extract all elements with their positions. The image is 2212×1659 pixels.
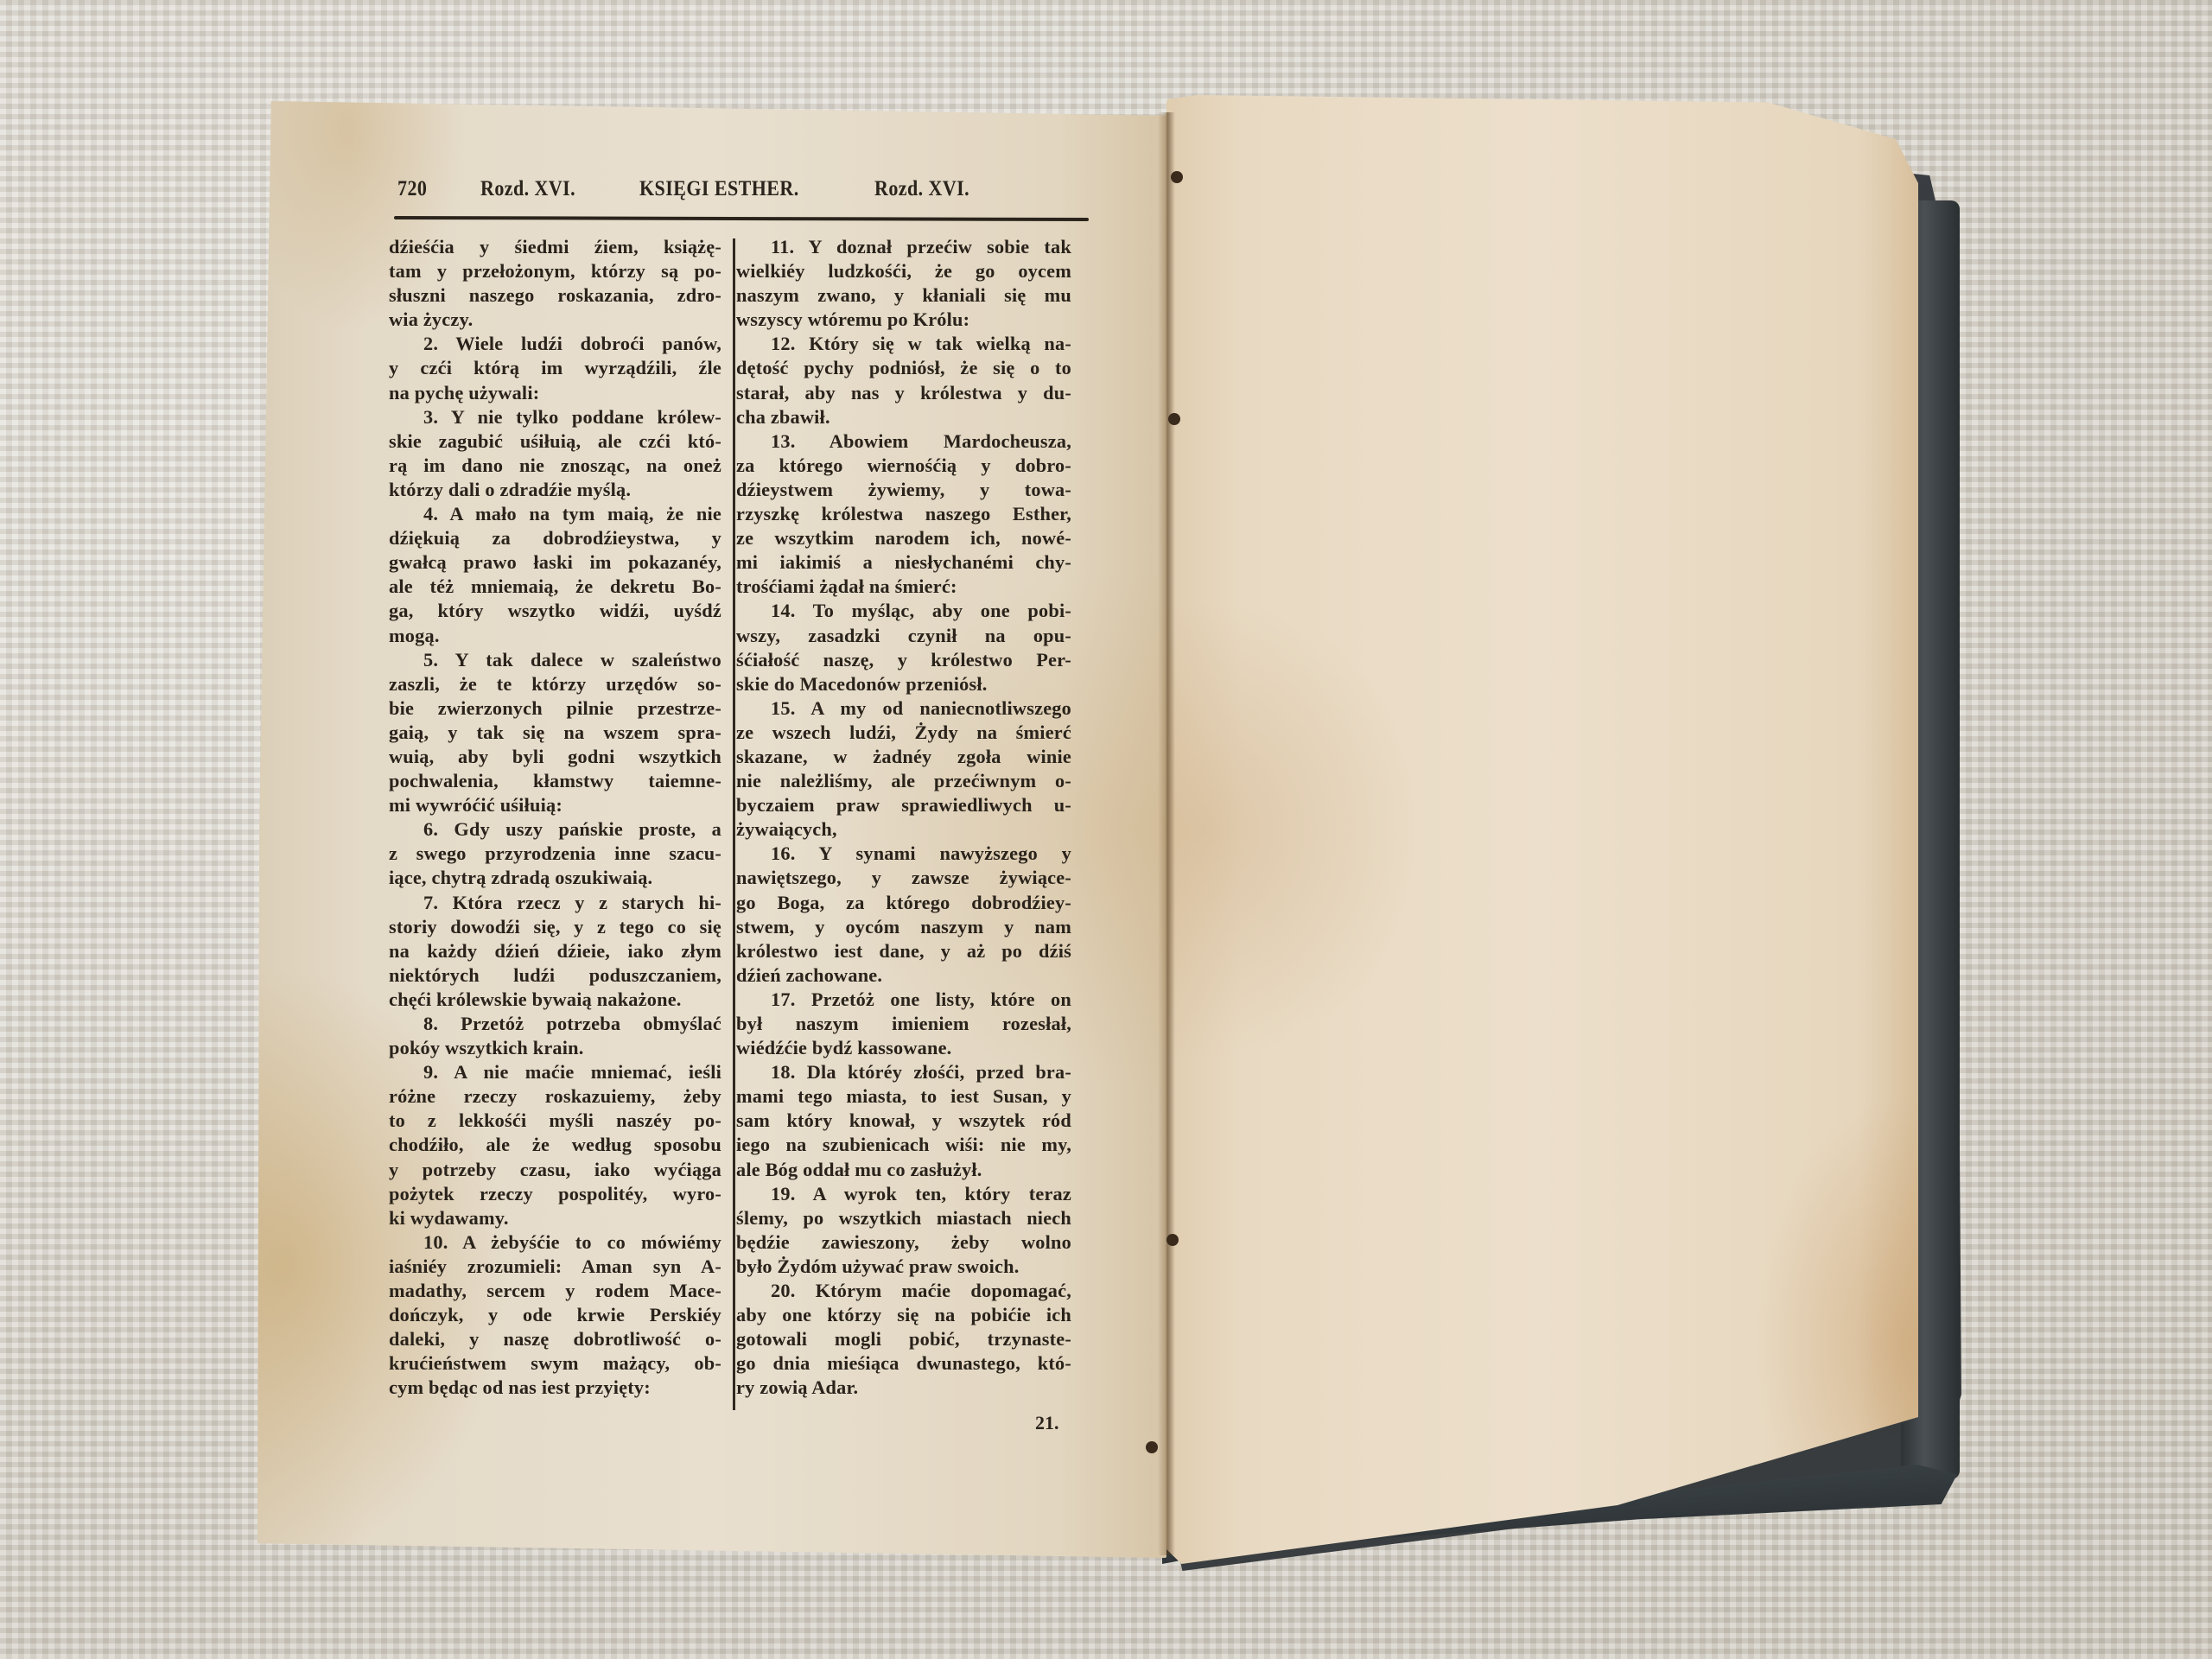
text-line: go Boga, za którego dobrodźiey- bbox=[736, 891, 1071, 915]
text-line: 4. A mało na tym maią, że nie bbox=[389, 502, 721, 526]
text-line: storiy dowodźi się, y z tego co się bbox=[389, 915, 721, 939]
text-line: y potrzeby czasu, iako wyćiąga bbox=[389, 1158, 721, 1182]
text-line: za którego wiernośćią y dobro- bbox=[736, 454, 1071, 478]
text-line: było Żydóm używać praw swoich. bbox=[736, 1255, 1071, 1279]
text-line: zaszli, że te którzy urzędów so- bbox=[389, 672, 721, 696]
text-line: na każdy dźień dźieie, iako złym bbox=[389, 939, 721, 963]
text-line: wszy, zasadzki czynił na opu- bbox=[736, 624, 1071, 648]
text-line: mi wywróćić uśiłuią: bbox=[389, 793, 721, 817]
text-line: królestwo iest dane, y aż po dźiś bbox=[736, 939, 1071, 963]
text-line: dźieśćia y śiedmi źiem, książę- bbox=[389, 235, 721, 259]
text-line: stwem, y oycóm naszym y nam bbox=[736, 915, 1071, 939]
binding-stitch bbox=[1166, 1234, 1179, 1246]
text-line: rą im dano nie znosząc, na oneż bbox=[389, 454, 721, 478]
text-line: pokóy wszytkich krain. bbox=[389, 1036, 721, 1060]
text-line: śćiałość naszę, y królestwo Per- bbox=[736, 648, 1071, 672]
page-number: 720 bbox=[397, 177, 427, 201]
text-line: skie do Macedonów przeniósł. bbox=[736, 672, 1071, 696]
text-line: z swego przyrodzenia inne szacu- bbox=[389, 842, 721, 866]
text-line: pochwalenia, kłamstwy taiemne- bbox=[389, 769, 721, 793]
text-line: ślemy, po wszytkich miastach niech bbox=[736, 1206, 1071, 1230]
text-line: żywaiących, bbox=[736, 817, 1071, 842]
text-line: iaśniéy zrozumieli: Aman syn A- bbox=[389, 1255, 721, 1279]
text-line: 12. Który się w tak wielką na- bbox=[736, 332, 1071, 356]
text-line: 16. Y synami nawyższego y bbox=[736, 842, 1071, 866]
text-line: gotowali mogli pobić, trzynaste- bbox=[736, 1327, 1071, 1351]
text-line: 17. Przetóż one listy, które on bbox=[736, 988, 1071, 1012]
text-line: 5. Y tak dalece w szaleństwo bbox=[389, 648, 721, 672]
text-line: skie zagubić uśiłuią, ale czći któ- bbox=[389, 429, 721, 454]
text-line: krućieństwem swym mażący, ob- bbox=[389, 1351, 721, 1376]
text-line: niektórych ludźi poduszczaniem, bbox=[389, 963, 721, 988]
text-line: to z lekkośći myśli naszéy po- bbox=[389, 1109, 721, 1133]
text-line: 15. A my od naniecnotliwszego bbox=[736, 696, 1071, 721]
text-line: madathy, sercem y rodem Mace- bbox=[389, 1279, 721, 1303]
text-line: dźiękuią za dobrodźieystwa, y bbox=[389, 526, 721, 550]
text-line: bie zwierzonych pilnie przestrze- bbox=[389, 696, 721, 721]
binding-stitch bbox=[1146, 1441, 1158, 1453]
text-line: starał, aby nas y królestwa y du- bbox=[736, 381, 1071, 405]
text-line: go dnia mieśiąca dwunastego, któ- bbox=[736, 1351, 1071, 1376]
open-book: 720 Rozd. XVI. KSIĘGI ESTHER. Rozd. XVI.… bbox=[0, 0, 2212, 1659]
text-line: ale téż mniemaią, że dekretu Bo- bbox=[389, 575, 721, 599]
text-line: dźień zachowane. bbox=[736, 963, 1071, 988]
running-head: 720 Rozd. XVI. KSIĘGI ESTHER. Rozd. XVI. bbox=[397, 177, 1089, 212]
text-line: gwałcą prawo łaski im pokazanéy, bbox=[389, 550, 721, 575]
text-line: 18. Dla któréy złośći, przed bra- bbox=[736, 1060, 1071, 1084]
text-line: ry zowią Adar. bbox=[736, 1376, 1071, 1400]
text-line: wuią, aby byli godni wszytkich bbox=[389, 745, 721, 769]
text-line: 3. Y nie tylko poddane królew- bbox=[389, 405, 721, 429]
text-line: sam który knował, y wszytek ród bbox=[736, 1109, 1071, 1133]
binding-stitch bbox=[1168, 413, 1180, 425]
text-line: słuszni naszego roskazania, zdro- bbox=[389, 283, 721, 308]
text-line: którzy dali o zdradźie myślą. bbox=[389, 478, 721, 502]
text-line: 7. Która rzecz y z starych hi- bbox=[389, 891, 721, 915]
text-line: nawiętszego, y zawsze żywiące- bbox=[736, 866, 1071, 890]
text-line: 13. Abowiem Mardocheusza, bbox=[736, 429, 1071, 454]
text-line: trośćiami żądał na śmierć: bbox=[736, 575, 1071, 599]
text-line: iego na szubienicach wiśi: nie my, bbox=[736, 1133, 1071, 1157]
text-line: dźieystwem żywiemy, y towa- bbox=[736, 478, 1071, 502]
right-page-blank bbox=[1166, 95, 1918, 1564]
text-line: ga, który wszytko widźi, uyśdź bbox=[389, 599, 721, 623]
text-line: na pychę używali: bbox=[389, 381, 721, 405]
text-line: mogą. bbox=[389, 624, 721, 648]
text-line: aby one którzy się na pobićie ich bbox=[736, 1303, 1071, 1327]
text-line: naszym zwano, y kłaniali się mu bbox=[736, 283, 1071, 308]
text-line: tam y przełożonym, którzy są po- bbox=[389, 259, 721, 283]
text-line: 8. Przetóż potrzeba obmyślać bbox=[389, 1012, 721, 1036]
text-line: byczaiem praw sprawiedliwych u- bbox=[736, 793, 1071, 817]
text-line: wszyscy wtóremu po Królu: bbox=[736, 308, 1071, 332]
text-line: 19. A wyrok ten, który teraz bbox=[736, 1182, 1071, 1206]
text-line: ale Bóg oddał mu co zasłużył. bbox=[736, 1158, 1071, 1182]
text-line: 20. Którym maćie dopomagać, bbox=[736, 1279, 1071, 1303]
binding-stitch bbox=[1171, 171, 1183, 183]
text-line: dończyk, y ode krwie Perskiéy bbox=[389, 1303, 721, 1327]
text-line: 2. Wiele ludźi dobroći panów, bbox=[389, 332, 721, 356]
text-line: daleki, y naszę dobrotliwość o- bbox=[389, 1327, 721, 1351]
catchword: 21. bbox=[1035, 1412, 1059, 1434]
text-line: gaią, y tak się na wszem spra- bbox=[389, 721, 721, 745]
text-line: różne rzeczy roskazuiemy, żeby bbox=[389, 1084, 721, 1109]
text-line: ze wszech ludźi, Żydy na śmierć bbox=[736, 721, 1071, 745]
text-line: mami tego miasta, to iest Susan, y bbox=[736, 1084, 1071, 1109]
text-line: 11. Y doznał przećiw sobie tak bbox=[736, 235, 1071, 259]
text-line: chodźiło, ale że według sposobu bbox=[389, 1133, 721, 1157]
text-line: 14. To myśląc, aby one pobi- bbox=[736, 599, 1071, 623]
text-line: 10. A żebyśćie to co mówiémy bbox=[389, 1230, 721, 1255]
text-line: 9. A nie maćie mniemać, ieśli bbox=[389, 1060, 721, 1084]
text-line: chęći królewskie bywaią nakażone. bbox=[389, 988, 721, 1012]
text-line: wiédźćie bydź kassowane. bbox=[736, 1036, 1071, 1060]
text-line: był naszym imieniem rozesłał, bbox=[736, 1012, 1071, 1036]
text-line: ki wydawamy. bbox=[389, 1206, 721, 1230]
text-line: nie należliśmy, ale przećiwnym o- bbox=[736, 769, 1071, 793]
text-line: rzyszkę królestwa naszego Esther, bbox=[736, 502, 1071, 526]
text-line: będźie zawieszony, żeby wolno bbox=[736, 1230, 1071, 1255]
text-line: cha zbawił. bbox=[736, 405, 1071, 429]
text-line: iące, chytrą zdradą oszukiwaią. bbox=[389, 866, 721, 890]
text-line: 6. Gdy uszy pańskie proste, a bbox=[389, 817, 721, 842]
text-line: cym będąc od nas iest przyięty: bbox=[389, 1376, 721, 1400]
chapter-label-left: Rozd. XVI. bbox=[480, 177, 575, 201]
text-line: ze wszytkim narodem ich, nowé- bbox=[736, 526, 1071, 550]
text-line: mi iakimiś a niesłychanémi chy- bbox=[736, 550, 1071, 575]
text-line: dętość pychy podniósł, że się o to bbox=[736, 356, 1071, 380]
column-divider bbox=[733, 238, 735, 1410]
text-line: pożytek rzeczy pospolitéy, wyro- bbox=[389, 1182, 721, 1206]
text-line: wielkiéy ludzkośći, że go oycem bbox=[736, 259, 1071, 283]
book-gutter bbox=[1158, 112, 1175, 1555]
text-line: wia życzy. bbox=[389, 308, 721, 332]
text-column-left: dźieśćia y śiedmi źiem, książę-tam y prz… bbox=[389, 235, 721, 1401]
text-line: skazane, w żadnéy zgoła winie bbox=[736, 745, 1071, 769]
chapter-label-right: Rozd. XVI. bbox=[874, 177, 969, 201]
book-title: KSIĘGI ESTHER. bbox=[639, 177, 799, 201]
text-line: y czći którą im wyrządźili, źle bbox=[389, 356, 721, 380]
text-column-right: 11. Y doznał przećiw sobie takwielkiéy l… bbox=[736, 235, 1071, 1401]
